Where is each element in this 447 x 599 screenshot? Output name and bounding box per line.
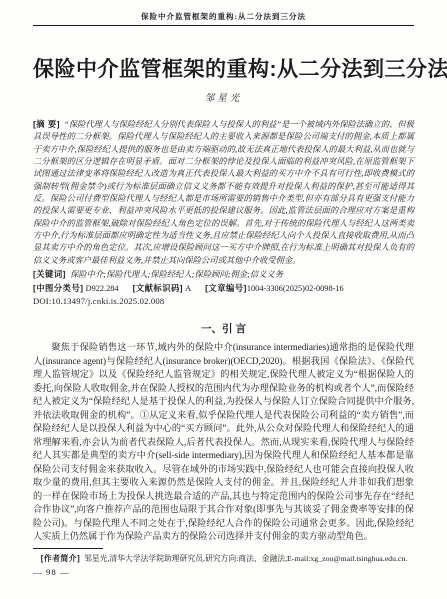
author-name: 邹星光 (33, 94, 414, 105)
keywords-line: [关键词] 保险中介;保险代理人;保险经纪人;保险顾问;佣金;信义义务 (33, 268, 414, 281)
abstract-text: “保险代理人与保险经纪人分别代表保险人与投保人的利益”是一个被域内外保险法确立的… (33, 120, 414, 265)
page-title: 保险中介监管框架的重构:从二分法到三分法 (33, 57, 414, 83)
article-no-label: [文章编号] (205, 283, 247, 293)
article-no-value: 1004-3306(2025)02-0098-16 (247, 284, 344, 293)
clc-value: D922.284 (86, 284, 119, 293)
section-heading: 一、引 言 (33, 323, 414, 336)
doi-text: DOI:10.13497/j.cnki.is.2025.02.008 (33, 295, 414, 308)
author-bio-label: [作者简介] (41, 554, 80, 563)
doc-code-label: [文献标识码] (133, 283, 184, 293)
abstract-label: [摘 要] (33, 119, 60, 129)
clc-label: [中图分类号] (33, 283, 84, 293)
meta-line: [中图分类号] D922.284[文献标识码] A[文章编号]1004-3306… (33, 282, 414, 295)
page-number: — 98 — (33, 567, 414, 578)
author-bio: [作者简介] 邹星光,清华大学法学院助理研究员,研究方向:商法、金融法,E-ma… (33, 553, 414, 564)
keywords-text: 保险中介;保险代理人;保险经纪人;保险顾问;佣金;信义义务 (70, 270, 283, 279)
paper-page: 保险中介监管框架的重构:从二分法到三分法 保险中介监管框架的重构:从二分法到三分… (0, 0, 447, 599)
abstract-paragraph: [摘 要] “保险代理人与保险经纪人分别代表保险人与投保人的利益”是一个被域内外… (33, 118, 414, 267)
intro-paragraph: 聚焦于保险销售这一环节,域内外的保险中介(insurance intermedi… (33, 341, 414, 544)
running-head: 保险中介监管框架的重构:从二分法到三分法 (33, 12, 414, 21)
header-rule (33, 25, 414, 26)
author-bio-text: 邹星光,清华大学法学院助理研究员,研究方向:商法、金融法,E-mail:xg_z… (84, 554, 407, 563)
footnote-rule (33, 548, 103, 549)
keywords-label: [关键词] (33, 269, 66, 279)
doc-code-value: A (185, 284, 191, 293)
